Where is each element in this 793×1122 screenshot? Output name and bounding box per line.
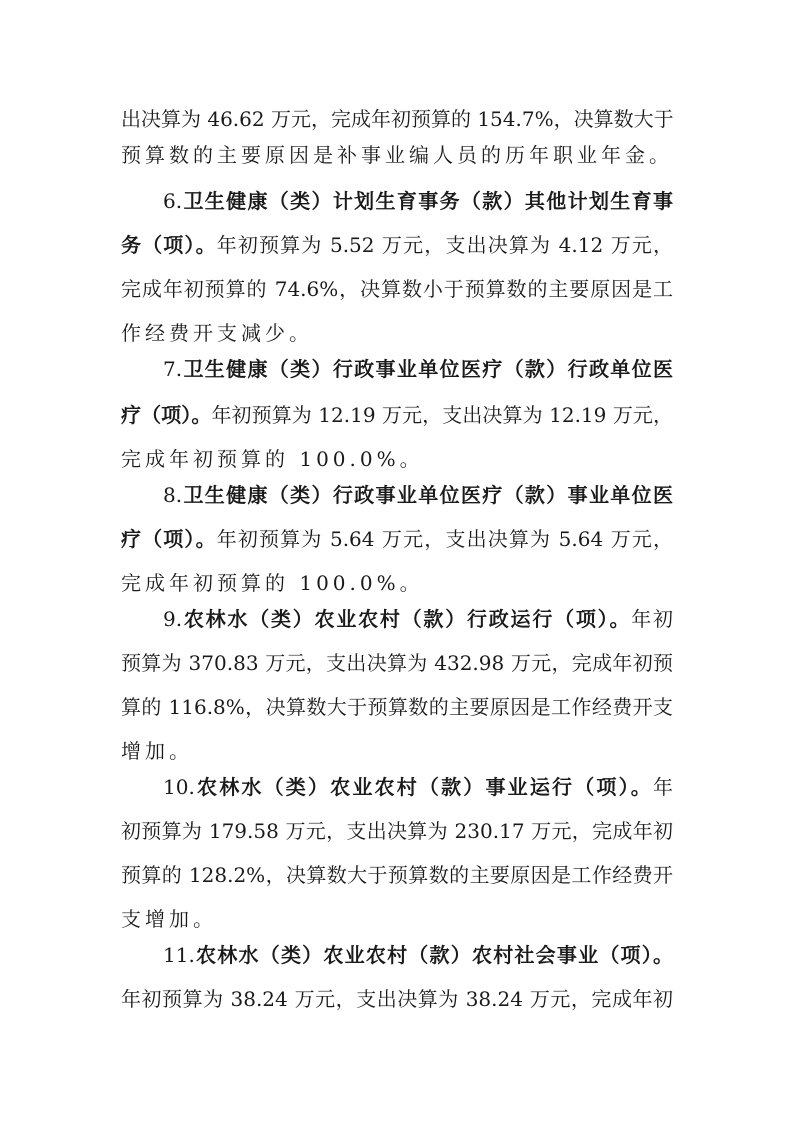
- text-line: 预算为 370.83 万元，支出决算为 432.98 万元，完成年初预: [121, 648, 673, 678]
- text-line: 完成年初预算的 74.6%，决算数小于预算数的主要原因是工: [121, 274, 673, 304]
- bold-heading-text: 农林水（类）农业农村（款）农村社会事业（项）。: [195, 943, 673, 967]
- body-text: 支增加。: [121, 907, 217, 931]
- body-text: 年初预算为 12.19 万元，支出决算为 12.19 万元，: [211, 403, 673, 427]
- body-text: 作经费开支减少。: [121, 321, 313, 345]
- body-text: 年初: [631, 607, 673, 631]
- text-line: 预算的 128.2%，决算数大于预算数的主要原因是工作经费开: [121, 860, 673, 890]
- text-line: 疗（项）。年初预算为 5.64 万元，支出决算为 5.64 万元，: [121, 524, 673, 554]
- body-text: 完成年初预算的 100.0%。: [121, 571, 424, 595]
- body-text: 6.: [163, 189, 182, 213]
- body-text: 8.: [163, 483, 182, 507]
- text-line: 8.卫生健康（类）行政事业单位医疗（款）事业单位医: [163, 480, 673, 510]
- document-page: 出决算为 46.62 万元，完成年初预算的 154.7%，决算数大于预算数的主要…: [0, 0, 793, 1122]
- body-text: 10.: [163, 775, 195, 799]
- text-line: 11.农林水（类）农业农村（款）农村社会事业（项）。: [163, 940, 673, 970]
- text-line: 初预算为 179.58 万元，支出决算为 230.17 万元，完成年初: [121, 816, 673, 846]
- body-text: 9.: [163, 607, 182, 631]
- text-line: 完成年初预算的 100.0%。: [121, 444, 673, 474]
- text-line: 务（项）。年初预算为 5.52 万元，支出决算为 4.12 万元，: [121, 230, 673, 260]
- text-line: 7.卫生健康（类）行政事业单位医疗（款）行政单位医: [163, 354, 673, 384]
- text-line: 算的 116.8%，决算数大于预算数的主要原因是工作经费开支: [121, 692, 673, 722]
- text-line: 增加。: [121, 736, 673, 766]
- body-text: 年: [653, 775, 673, 799]
- bold-heading-text: 疗（项）。: [121, 403, 211, 427]
- body-text: 年初预算为 5.64 万元，支出决算为 5.64 万元，: [217, 527, 673, 551]
- bold-heading-text: 卫生健康（类）计划生育事务（款）其他计划生育事: [182, 189, 673, 213]
- body-text: 完成年初预算的 74.6%，决算数小于预算数的主要原因是工: [121, 277, 673, 301]
- text-line: 9.农林水（类）农业农村（款）行政运行（项）。年初: [163, 604, 673, 634]
- body-text: 年初预算为 5.52 万元，支出决算为 4.12 万元，: [217, 233, 673, 257]
- text-line: 作经费开支减少。: [121, 318, 673, 348]
- body-text: 预算数的主要原因是补事业编人员的历年职业年金。: [121, 143, 673, 167]
- bold-heading-text: 卫生健康（类）行政事业单位医疗（款）事业单位医: [182, 483, 673, 507]
- body-text: 增加。: [121, 739, 193, 763]
- body-text: 预算的 128.2%，决算数大于预算数的主要原因是工作经费开: [121, 863, 673, 887]
- text-line: 出决算为 46.62 万元，完成年初预算的 154.7%，决算数大于: [121, 104, 673, 134]
- text-line: 完成年初预算的 100.0%。: [121, 568, 673, 598]
- text-line: 疗（项）。年初预算为 12.19 万元，支出决算为 12.19 万元，: [121, 400, 673, 430]
- body-text: 出决算为 46.62 万元，完成年初预算的 154.7%，决算数大于: [121, 107, 674, 131]
- text-line: 10.农林水（类）农业农村（款）事业运行（项）。年: [163, 772, 673, 802]
- bold-heading-text: 卫生健康（类）行政事业单位医疗（款）行政单位医: [182, 357, 673, 381]
- bold-heading-text: 务（项）。: [121, 233, 217, 257]
- body-text: 算的 116.8%，决算数大于预算数的主要原因是工作经费开支: [121, 695, 673, 719]
- bold-heading-text: 疗（项）。: [121, 527, 217, 551]
- bold-heading-text: 农林水（类）农业农村（款）事业运行（项）。: [195, 775, 653, 799]
- body-text: 7.: [163, 357, 182, 381]
- body-text: 年初预算为 38.24 万元，支出决算为 38.24 万元，完成年初: [121, 987, 673, 1011]
- text-line: 支增加。: [121, 904, 673, 934]
- text-line: 年初预算为 38.24 万元，支出决算为 38.24 万元，完成年初: [121, 984, 673, 1014]
- body-text: 11.: [163, 943, 195, 967]
- body-text: 预算为 370.83 万元，支出决算为 432.98 万元，完成年初预: [121, 651, 673, 675]
- text-line: 6.卫生健康（类）计划生育事务（款）其他计划生育事: [163, 186, 673, 216]
- bold-heading-text: 农林水（类）农业农村（款）行政运行（项）。: [182, 607, 631, 631]
- body-text: 完成年初预算的 100.0%。: [121, 447, 424, 471]
- body-text: 初预算为 179.58 万元，支出决算为 230.17 万元，完成年初: [121, 819, 673, 843]
- text-line: 预算数的主要原因是补事业编人员的历年职业年金。: [121, 140, 673, 170]
